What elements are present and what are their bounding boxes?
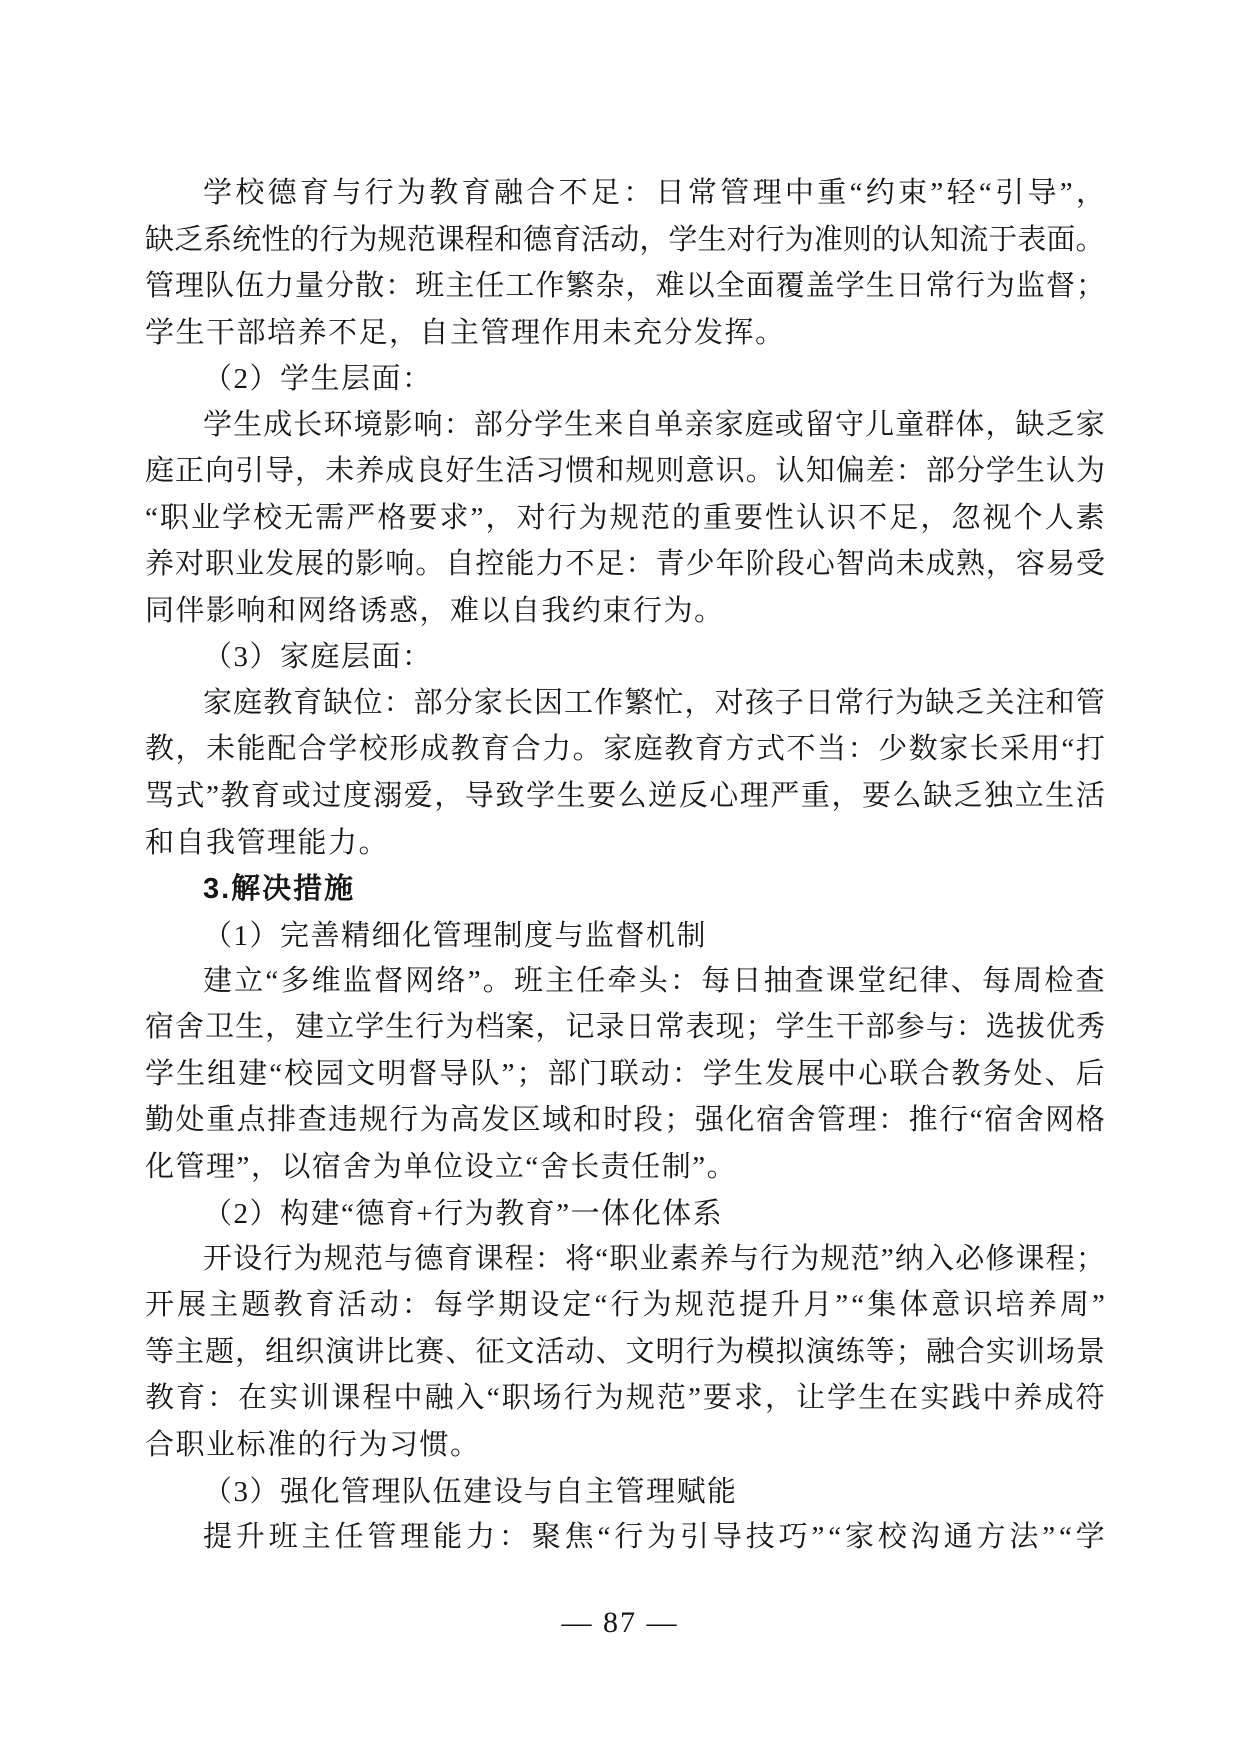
text-line: （2）学生层面：	[145, 356, 1105, 402]
text-line: 学生干部培养不足，自主管理作用未充分发挥。	[145, 310, 1105, 356]
text-line: 和自我管理能力。	[145, 820, 1105, 866]
page-number: — 87 —	[0, 1606, 1240, 1640]
text-line: 宿舍卫生，建立学生行为档案，记录日常表现；学生干部参与：选拔优秀	[145, 1005, 1105, 1051]
text-line: 开展主题教育活动：每学期设定“行为规范提升月”“集体意识培养周”	[145, 1283, 1105, 1329]
text-line: 养对职业发展的影响。自控能力不足：青少年阶段心智尚未成熟，容易受	[145, 542, 1105, 588]
text-line: 教育：在实训课程中融入“职场行为规范”要求，让学生在实践中养成符	[145, 1376, 1105, 1422]
document-body: 学校德育与行为教育融合不足：日常管理中重“约束”轻“引导”，缺乏系统性的行为规范…	[145, 171, 1105, 1561]
text-line: 管理队伍力量分散：班主任工作繁杂，难以全面覆盖学生日常行为监督；	[145, 264, 1105, 310]
text-line: （3）家庭层面：	[145, 634, 1105, 680]
section-heading: 3.解决措施	[145, 866, 1105, 912]
text-line: 建立“多维监督网络”。班主任牵头：每日抽查课堂纪律、每周检查	[145, 959, 1105, 1005]
text-line: 开设行为规范与德育课程：将“职业素养与行为规范”纳入必修课程；	[145, 1237, 1105, 1283]
text-line: （2）构建“德育+行为教育”一体化体系	[145, 1191, 1105, 1237]
text-line: 学生成长环境影响：部分学生来自单亲家庭或留守儿童群体，缺乏家	[145, 403, 1105, 449]
text-line: 学校德育与行为教育融合不足：日常管理中重“约束”轻“引导”，	[145, 171, 1105, 217]
text-line: 合职业标准的行为习惯。	[145, 1422, 1105, 1468]
text-line: 教，未能配合学校形成教育合力。家庭教育方式不当：少数家长采用“打	[145, 727, 1105, 773]
text-line: 骂式”教育或过度溺爱，导致学生要么逆反心理严重，要么缺乏独立生活	[145, 773, 1105, 819]
text-line: （1）完善精细化管理制度与监督机制	[145, 913, 1105, 959]
text-line: 同伴影响和网络诱惑，难以自我约束行为。	[145, 588, 1105, 634]
text-line: “职业学校无需严格要求”，对行为规范的重要性认识不足，忽视个人素	[145, 495, 1105, 541]
text-line: 等主题，组织演讲比赛、征文活动、文明行为模拟演练等；融合实训场景	[145, 1330, 1105, 1376]
text-line: 缺乏系统性的行为规范课程和德育活动，学生对行为准则的认知流于表面。	[145, 217, 1105, 263]
document-page: 学校德育与行为教育融合不足：日常管理中重“约束”轻“引导”，缺乏系统性的行为规范…	[0, 0, 1240, 1753]
text-line: 家庭教育缺位：部分家长因工作繁忙，对孩子日常行为缺乏关注和管	[145, 681, 1105, 727]
text-line: 庭正向引导，未养成良好生活习惯和规则意识。认知偏差：部分学生认为	[145, 449, 1105, 495]
text-line: 化管理”，以宿舍为单位设立“舍长责任制”。	[145, 1144, 1105, 1190]
text-line: （3）强化管理队伍建设与自主管理赋能	[145, 1469, 1105, 1515]
text-line: 提升班主任管理能力：聚焦“行为引导技巧”“家校沟通方法”“学	[145, 1515, 1105, 1561]
text-line: 学生组建“校园文明督导队”；部门联动：学生发展中心联合教务处、后	[145, 1052, 1105, 1098]
text-line: 勤处重点排查违规行为高发区域和时段；强化宿舍管理：推行“宿舍网格	[145, 1098, 1105, 1144]
